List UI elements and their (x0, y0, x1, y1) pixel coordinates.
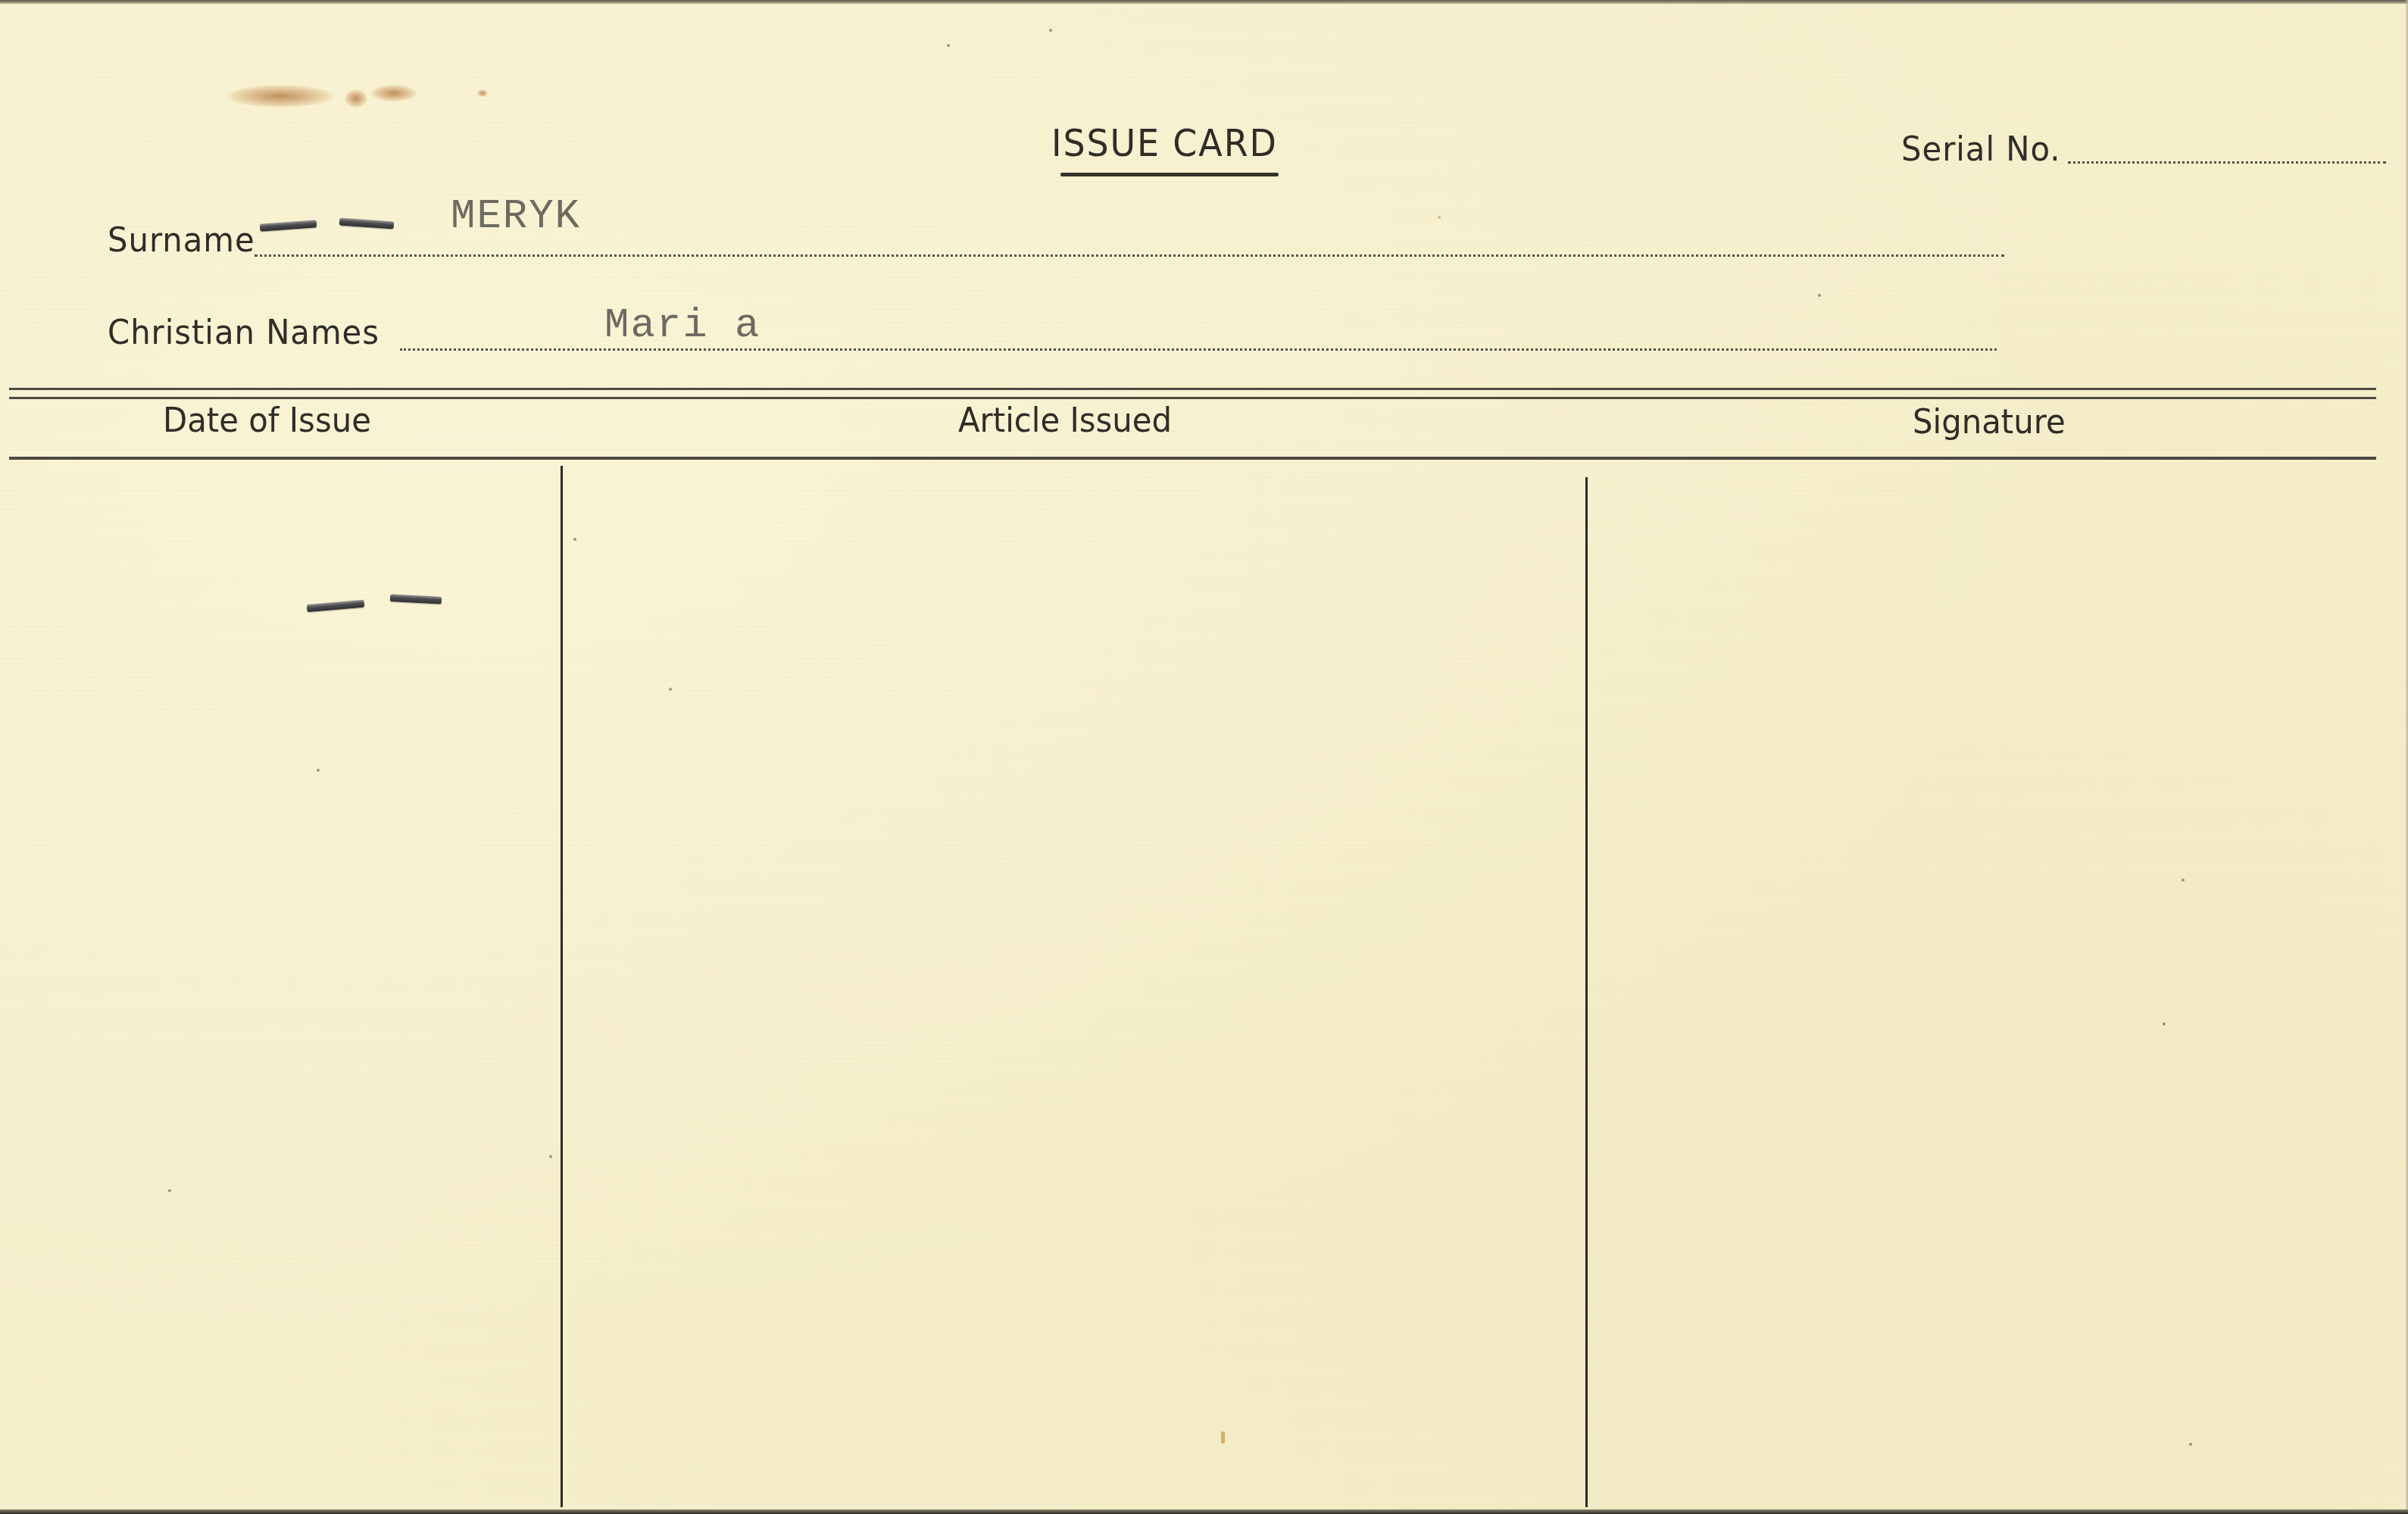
surname-field[interactable] (255, 254, 2004, 257)
paper-speck (1221, 1431, 1225, 1444)
paper-speck (1049, 29, 1052, 32)
column-header-article-issued: Article Issued (958, 401, 1172, 440)
double-rule-bottom (9, 397, 2376, 399)
paper-speck (669, 688, 672, 691)
column-divider-1 (561, 466, 563, 1507)
paper-speck (549, 1155, 552, 1158)
surname-label: Surname (108, 221, 255, 260)
paper-speck (573, 538, 576, 541)
christian-names-label: Christian Names (108, 314, 379, 352)
card-bottom-edge (0, 1509, 2408, 1514)
paper-speck (2189, 1443, 2192, 1446)
title-underline (1060, 173, 1279, 176)
signature-column[interactable] (1589, 462, 2403, 1507)
article-issued-column[interactable] (564, 462, 1584, 1507)
rust-stain (345, 89, 367, 108)
rust-stain (477, 89, 488, 97)
rust-stain (227, 85, 333, 108)
paper-speck (168, 1189, 171, 1192)
card-right-edge (2405, 0, 2408, 1514)
column-header-signature: Signature (1913, 403, 2066, 442)
column-divider-2 (1585, 477, 1588, 1507)
staple (260, 220, 317, 231)
paper-speck (1818, 294, 1821, 297)
paper-speck (2182, 879, 2185, 882)
issue-card: ISSUE CARD Serial No. Surname MERYK Chri… (0, 0, 2408, 1514)
paper-speck (947, 44, 950, 47)
surname-value: MERYK (451, 194, 581, 240)
serial-number-label: Serial No. (1901, 130, 2060, 169)
double-rule-top (9, 388, 2376, 390)
christian-names-value: Mari a (604, 303, 761, 349)
card-top-edge (0, 0, 2408, 4)
paper-speck (2163, 1022, 2166, 1025)
rust-stain (371, 85, 417, 101)
staple (339, 218, 395, 229)
date-of-issue-column[interactable] (9, 462, 559, 1507)
header-rule (9, 457, 2376, 460)
paper-speck (317, 769, 320, 772)
paper-speck (1438, 216, 1441, 219)
card-title: ISSUE CARD (1051, 121, 1278, 165)
column-header-date-of-issue: Date of Issue (163, 401, 371, 440)
serial-number-field[interactable] (2068, 161, 2386, 164)
